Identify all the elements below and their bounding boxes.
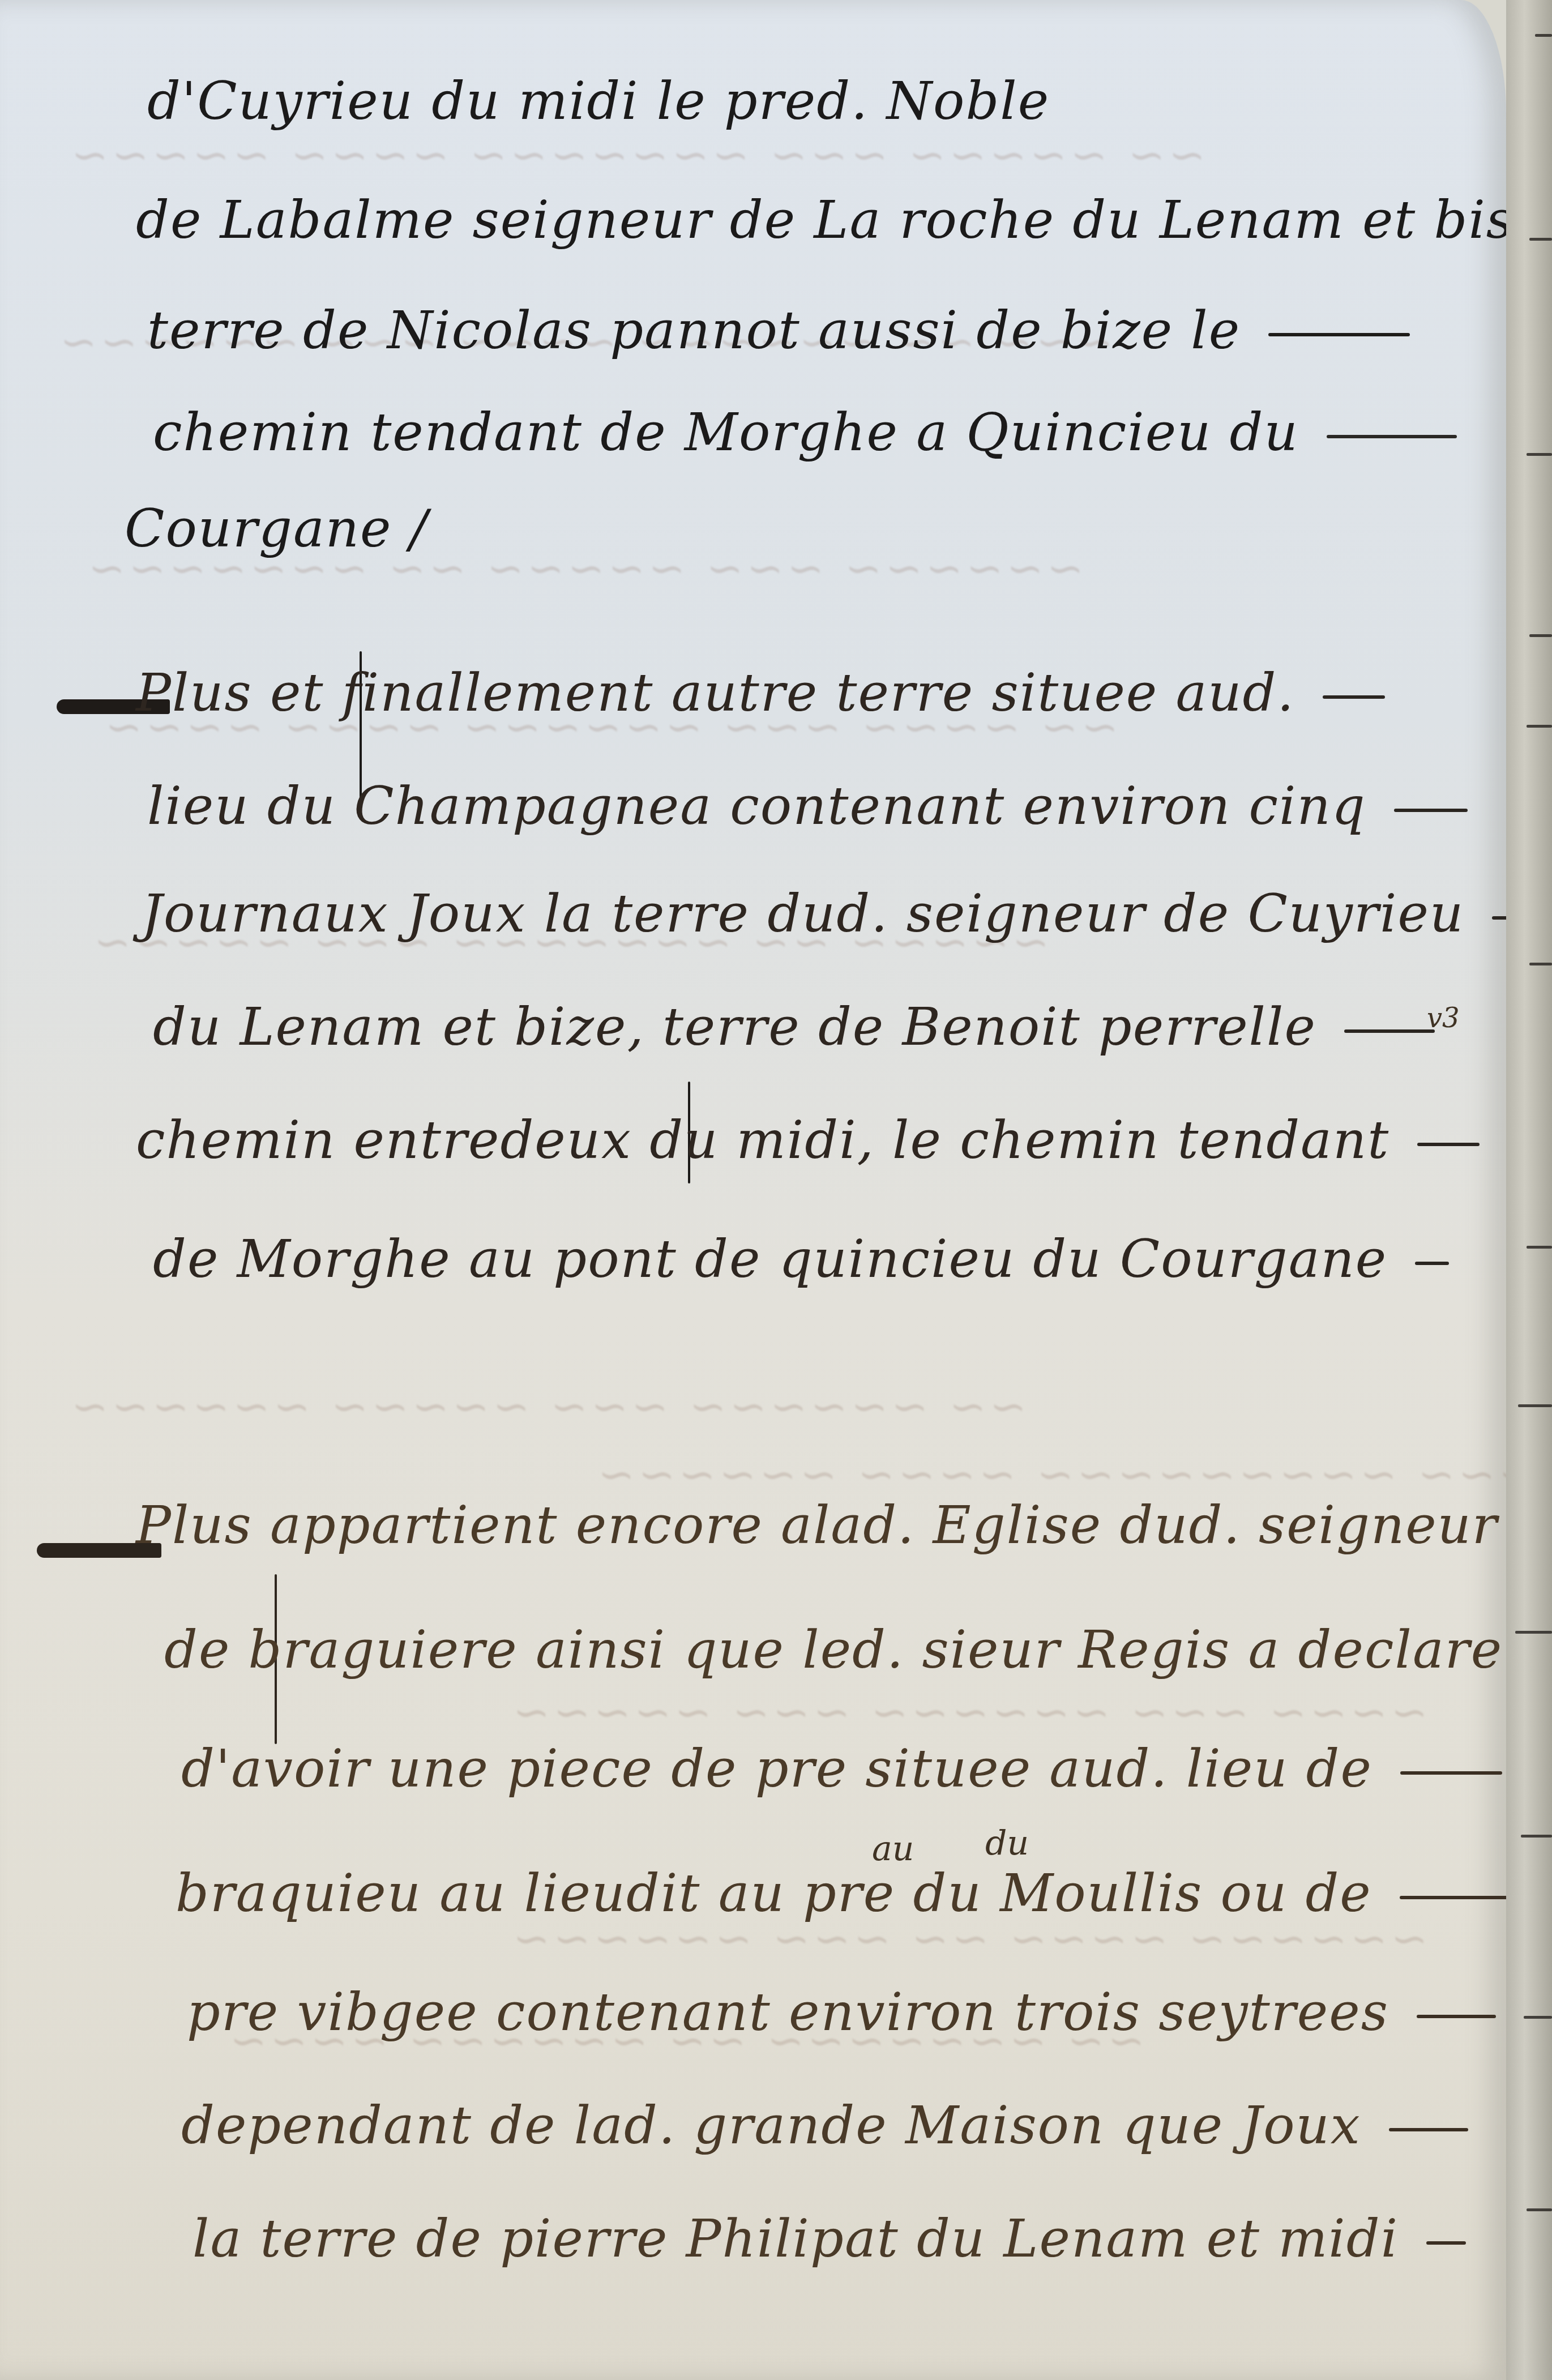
line-text: de Labalme seigneur de La roche du Lenam… — [136, 190, 1546, 250]
line-text: lieu du Champagnea contenant environ cin… — [147, 776, 1366, 836]
line-filler-dash — [1323, 695, 1385, 699]
line-filler-dash — [1389, 2128, 1468, 2131]
edge-ruled-line — [1527, 725, 1552, 728]
edge-ruled-line — [1527, 1246, 1552, 1249]
line-text: de braguiere ainsi que led. sieur Regis … — [164, 1620, 1503, 1680]
line-filler-dash — [1268, 333, 1410, 336]
line-filler-dash — [1400, 1896, 1513, 1899]
manuscript-line: terre de Nicolas pannot aussi de bize le — [147, 300, 1410, 361]
line-text: d'avoir une piece de pre situee aud. lie… — [181, 1738, 1373, 1799]
line-text: dependant de lad. grande Maison que Joux — [181, 2095, 1361, 2156]
line-filler-dash — [1327, 435, 1457, 438]
line-filler-dash — [1400, 1771, 1502, 1775]
manuscript-line: de Labalme seigneur de La roche du Lenam… — [136, 190, 1552, 250]
bleed-through-text: ~~~~ ~~~ ~~~~~~ ~~~ ~~~~~ — [510, 1687, 1428, 1738]
line-text: pre vibgee contenant environ trois seytr… — [187, 1982, 1389, 2043]
manuscript-line: chemin entredeux du midi, le chemin tend… — [136, 1110, 1480, 1170]
manuscript-line: Plus appartient encore alad. Eglise dud.… — [136, 1495, 1549, 1556]
manuscript-page: ~~ ~~~~~ ~~~ ~~~~~~~ ~~~~ ~~~~~ ~~~ ~~ ~… — [0, 0, 1506, 2380]
line-text: chemin entredeux du midi, le chemin tend… — [136, 1110, 1389, 1170]
line-end-flourish — [1426, 2241, 1466, 2245]
edge-ruled-line — [1527, 453, 1552, 456]
edge-ruled-line — [1527, 2208, 1552, 2211]
edge-ruled-line — [1529, 634, 1552, 637]
manuscript-line: pre vibgee contenant environ trois seytr… — [187, 1982, 1496, 2043]
line-text: terre de Nicolas pannot aussi de bize le — [147, 300, 1241, 361]
line-text: Journaux Joux la terre dud. seigneur de … — [142, 883, 1464, 944]
edge-ruled-line — [1521, 1835, 1552, 1838]
edge-ruled-line — [1535, 34, 1552, 37]
line-text: braquieu au lieudit au pre du Moullis ou… — [176, 1863, 1372, 1924]
interlinear-insertion: du — [985, 1823, 1029, 1863]
line-text: la terre de pierre Philipat du Lenam et … — [193, 2208, 1399, 2269]
page-stack-edge — [1506, 0, 1552, 2380]
edge-ruled-line — [1529, 238, 1552, 241]
bleed-through-text: ~~ ~~~~~~ ~~~ ~~~~~ ~~~~~~ — [68, 1382, 1027, 1433]
line-text: Plus et finallement autre terre situee a… — [136, 663, 1295, 723]
line-end-flourish — [1415, 1262, 1449, 1265]
manuscript-line: dependant de lad. grande Maison que Joux — [181, 2095, 1468, 2156]
manuscript-line: Journaux Joux la terre dud. seigneur de … — [142, 883, 1526, 944]
line-filler-dash — [1344, 1029, 1435, 1033]
manuscript-line: lieu du Champagnea contenant environ cin… — [147, 776, 1468, 836]
manuscript-line: d'Cuyrieu du midi le pred. Noble — [147, 71, 1050, 131]
line-filler-dash — [1394, 809, 1468, 812]
manuscript-line: du Lenam et bize, terre de Benoit perrel… — [153, 997, 1435, 1057]
manuscript-line: d'avoir une piece de pre situee aud. lie… — [181, 1738, 1502, 1799]
manuscript-line: braquieu au lieudit au pre du Moullis ou… — [176, 1863, 1513, 1924]
manuscript-line: Plus et finallement autre terre situee a… — [136, 663, 1385, 723]
bleed-through-text: ~~ ~~~~~ ~~~ ~~~~~~~ ~~~~ ~~~~~ — [68, 130, 1205, 181]
line-filler-dash — [1417, 1143, 1480, 1146]
superscript-note: v3 — [1427, 1002, 1460, 1034]
line-text: de Morghe au pont de quincieu du Courgan… — [153, 1229, 1387, 1289]
line-text: du Lenam et bize, terre de Benoit perrel… — [153, 997, 1316, 1057]
manuscript-line: Courgane / — [125, 498, 429, 559]
edge-ruled-line — [1524, 2016, 1552, 2019]
line-text: Plus appartient encore alad. Eglise dud.… — [136, 1495, 1498, 1556]
edge-ruled-line — [1515, 1631, 1552, 1634]
manuscript-line: de braguiere ainsi que led. sieur Regis … — [164, 1620, 1552, 1680]
manuscript-line: la terre de pierre Philipat du Lenam et … — [193, 2208, 1466, 2269]
edge-ruled-line — [1529, 963, 1552, 965]
line-text: Courgane / — [125, 498, 429, 559]
manuscript-line: de Morghe au pont de quincieu du Courgan… — [153, 1229, 1449, 1289]
line-text: d'Cuyrieu du midi le pred. Noble — [147, 71, 1050, 131]
bleed-through-text: ~~~~ ~~~~~~~~~ ~~~~ ~~~~~~ — [595, 1450, 1552, 1501]
line-filler-dash — [1417, 2015, 1496, 2018]
manuscript-line: chemin tendant de Morghe a Quincieu du — [153, 402, 1457, 463]
edge-ruled-line — [1518, 1404, 1552, 1407]
line-text: chemin tendant de Morghe a Quincieu du — [153, 402, 1299, 463]
